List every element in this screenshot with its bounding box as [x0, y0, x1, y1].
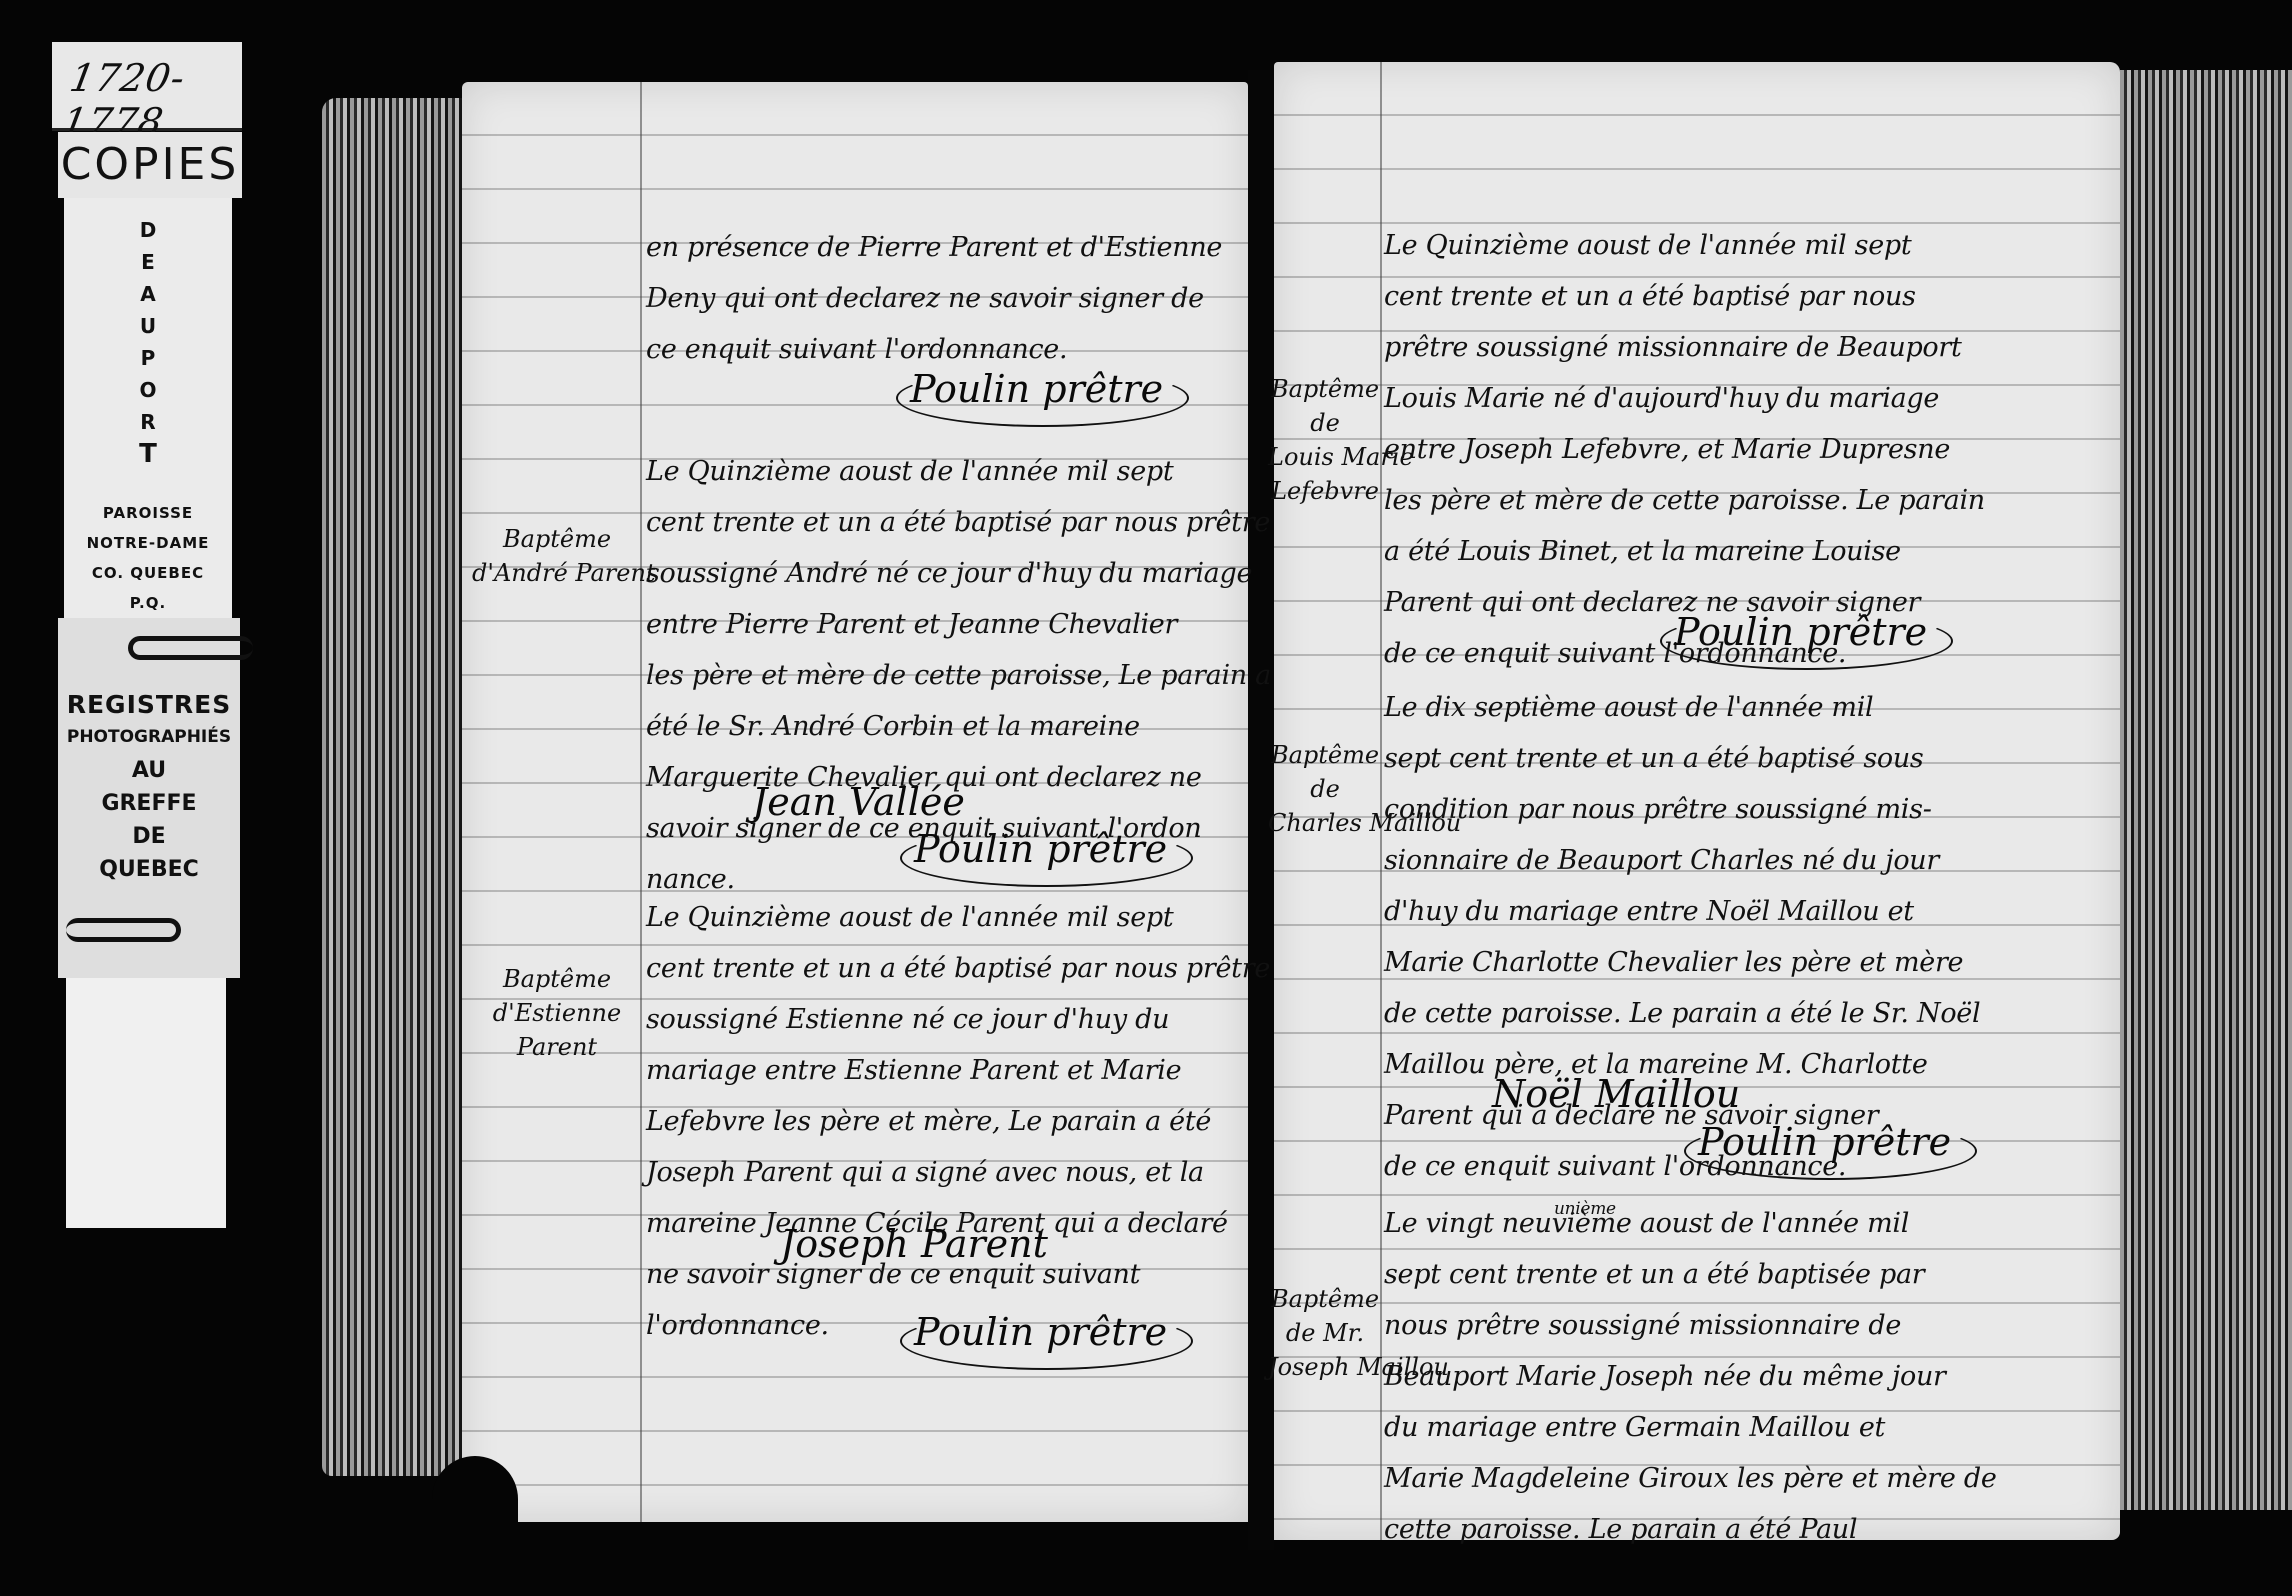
entry-marie-joseph-maillou: unième Le vingt neuvième aoust de l'anné… [1384, 1198, 1997, 1555]
text-line: sionnaire de Beauport Charles né du jour [1384, 835, 1980, 886]
text-line: été le Sr. André Corbin et la mareine [646, 701, 1271, 752]
signature-poulin: Poulin prêtre [914, 1310, 1167, 1354]
text-line: Marie Charlotte Chevalier les père et mè… [1384, 937, 1980, 988]
label-parish-name: D E A U P O R T [64, 214, 232, 470]
text-line: de cette paroisse. Le parain a été le Sr… [1384, 988, 1980, 1039]
paper-clip-icon [66, 918, 181, 942]
text-line: soussigné Estienne né ce jour d'huy du [646, 994, 1270, 1045]
margin-note-line: Baptême [1268, 372, 1382, 406]
label-line: GREFFE [58, 787, 240, 820]
entry-estienne-parent: Le Quinzième aoust de l'année mil sept c… [646, 892, 1270, 1351]
text-line: mariage entre Estienne Parent et Marie [646, 1045, 1270, 1096]
label-line: PHOTOGRAPHIÉS [58, 721, 240, 754]
right-page: Baptême de Louis Marie Lefebvre Le Quinz… [1274, 62, 2120, 1540]
margin-note-line: Parent [472, 1030, 642, 1064]
text-line: soussigné André né ce jour d'huy du mari… [646, 548, 1271, 599]
label-letter: E [64, 246, 232, 278]
label-line: CO. QUEBEC [64, 558, 232, 588]
text-line: nous prêtre soussigné missionnaire de [1384, 1300, 1997, 1351]
margin-note-estienne-parent: Baptême d'Estienne Parent [472, 962, 642, 1064]
label-line: NOTRE-DAME [64, 528, 232, 558]
signature-noel-maillou: Noël Maillou [1492, 1072, 1740, 1116]
label-letter: D [64, 214, 232, 246]
label-line: AU [58, 754, 240, 787]
margin-note-charles-maillou: Baptême de Charles Maillou [1268, 738, 1382, 840]
margin-note-line: Louis Marie [1268, 440, 1382, 474]
text-line: les père et mère de cette paroisse, Le p… [646, 650, 1271, 701]
left-page-edges [322, 98, 472, 1476]
text-line: cent trente et un a été baptisé par nous… [646, 943, 1270, 994]
right-page-edges [2120, 70, 2292, 1510]
margin-note-line: de Mr. [1268, 1316, 1382, 1350]
text-line: a été Louis Binet, et la mareine Louise [1384, 526, 1985, 577]
label-letter: R [64, 406, 232, 438]
margin-rule [640, 82, 642, 1522]
margin-note-line: Baptême [1268, 738, 1382, 772]
text-line: Louis Marie né d'aujourd'huy du mariage [1384, 373, 1985, 424]
margin-note-line: Baptême [1268, 1282, 1382, 1316]
text-line: prêtre soussigné missionnaire de Beaupor… [1384, 322, 1985, 373]
text-line: Lefebvre les père et mère, Le parain a é… [646, 1096, 1270, 1147]
text-line: du mariage entre Germain Maillou et [1384, 1402, 1997, 1453]
margin-note-line: d'André Parent [472, 556, 642, 590]
label-line: P.Q. [64, 588, 232, 618]
thumb-shadow [432, 1456, 518, 1596]
text-line: Marie Magdeleine Giroux les père et mère… [1384, 1453, 1997, 1504]
text-line: cette paroisse. Le parain a été Paul [1384, 1504, 1997, 1555]
label-registry-lines: REGISTRES PHOTOGRAPHIÉS AU GREFFE DE QUE… [58, 688, 240, 886]
text-line: en présence de Pierre Parent et d'Estien… [646, 222, 1222, 273]
archive-label-strip: 1720-1778 COPIES D E A U P O R T PAROISS… [52, 42, 228, 1186]
margin-note-line: Baptême [472, 522, 642, 556]
text-line: d'huy du mariage entre Noël Maillou et [1384, 886, 1980, 937]
margin-note-line: de [1268, 772, 1382, 806]
margin-note-louis-marie-lefebvre: Baptême de Louis Marie Lefebvre [1268, 372, 1382, 508]
label-parish-lines: PAROISSE NOTRE-DAME CO. QUEBEC P.Q. [64, 498, 232, 618]
label-letter: T [64, 438, 232, 470]
label-letter: A [64, 278, 232, 310]
text-line: Le Quinzième aoust de l'année mil sept [646, 892, 1270, 943]
margin-note-line: Lefebvre [1268, 474, 1382, 508]
margin-note-line: Baptême [472, 962, 642, 996]
text-line: entre Joseph Lefebvre, et Marie Dupresne [1384, 424, 1985, 475]
label-registry-panel: REGISTRES PHOTOGRAPHIÉS AU GREFFE DE QUE… [58, 618, 240, 978]
label-letter: O [64, 374, 232, 406]
signature-poulin: Poulin prêtre [1698, 1120, 1951, 1164]
text-line: Beauport Marie Joseph née du même jour [1384, 1351, 1997, 1402]
text-line: sept cent trente et un a été baptisé sou… [1384, 733, 1980, 784]
text-line: cent trente et un a été baptisé par nous… [646, 497, 1271, 548]
text-line: cent trente et un a été baptisé par nous [1384, 271, 1985, 322]
margin-note-andre-parent: Baptême d'André Parent [472, 522, 642, 590]
superscript-correction: unième [1554, 1184, 1616, 1235]
label-parish-panel: D E A U P O R T PAROISSE NOTRE-DAME CO. … [64, 198, 232, 618]
text-line: Deny qui ont declarez ne savoir signer d… [646, 273, 1222, 324]
label-copies: COPIES [58, 132, 242, 198]
signature-jean-vallee: Jean Vallée [752, 780, 965, 824]
text-line: condition par nous prêtre soussigné mis- [1384, 784, 1980, 835]
label-line: QUEBEC [58, 853, 240, 886]
left-page: en présence de Pierre Parent et d'Estien… [462, 82, 1248, 1522]
margin-note-joseph-maillou: Baptême de Mr. Joseph Maillou [1268, 1282, 1382, 1384]
signature-poulin: Poulin prêtre [910, 367, 1163, 411]
label-letter: P [64, 342, 232, 374]
label-line: REGISTRES [58, 688, 240, 721]
text-line: entre Pierre Parent et Jeanne Chevalier [646, 599, 1271, 650]
label-years-panel: 1720-1778 [52, 42, 242, 131]
text-line: sept cent trente et un a été baptisée pa… [1384, 1249, 1997, 1300]
label-letter: U [64, 310, 232, 342]
margin-note-line: Joseph Maillou [1268, 1350, 1382, 1384]
label-blank-tail [66, 978, 226, 1228]
text-line: Le dix septième aoust de l'année mil [1384, 682, 1980, 733]
text-line: les père et mère de cette paroisse. Le p… [1384, 475, 1985, 526]
text-line: Le Quinzième aoust de l'année mil sept [646, 446, 1271, 497]
text-line: Joseph Parent qui a signé avec nous, et … [646, 1147, 1270, 1198]
text-line: Le vingt neuvième aoust de l'année mil [1384, 1198, 1997, 1249]
continuation-text: en présence de Pierre Parent et d'Estien… [646, 222, 1222, 375]
signature-joseph-parent: Joseph Parent [780, 1222, 1048, 1266]
margin-note-line: de [1268, 406, 1382, 440]
label-line: DE [58, 820, 240, 853]
margin-note-line: d'Estienne [472, 996, 642, 1030]
signature-poulin: Poulin prêtre [914, 827, 1167, 871]
label-line: PAROISSE [64, 498, 232, 528]
signature-poulin: Poulin prêtre [1674, 610, 1927, 654]
text-line: Le Quinzième aoust de l'année mil sept [1384, 220, 1985, 271]
paper-clip-icon [128, 636, 253, 660]
margin-note-line: Charles Maillou [1268, 806, 1382, 840]
